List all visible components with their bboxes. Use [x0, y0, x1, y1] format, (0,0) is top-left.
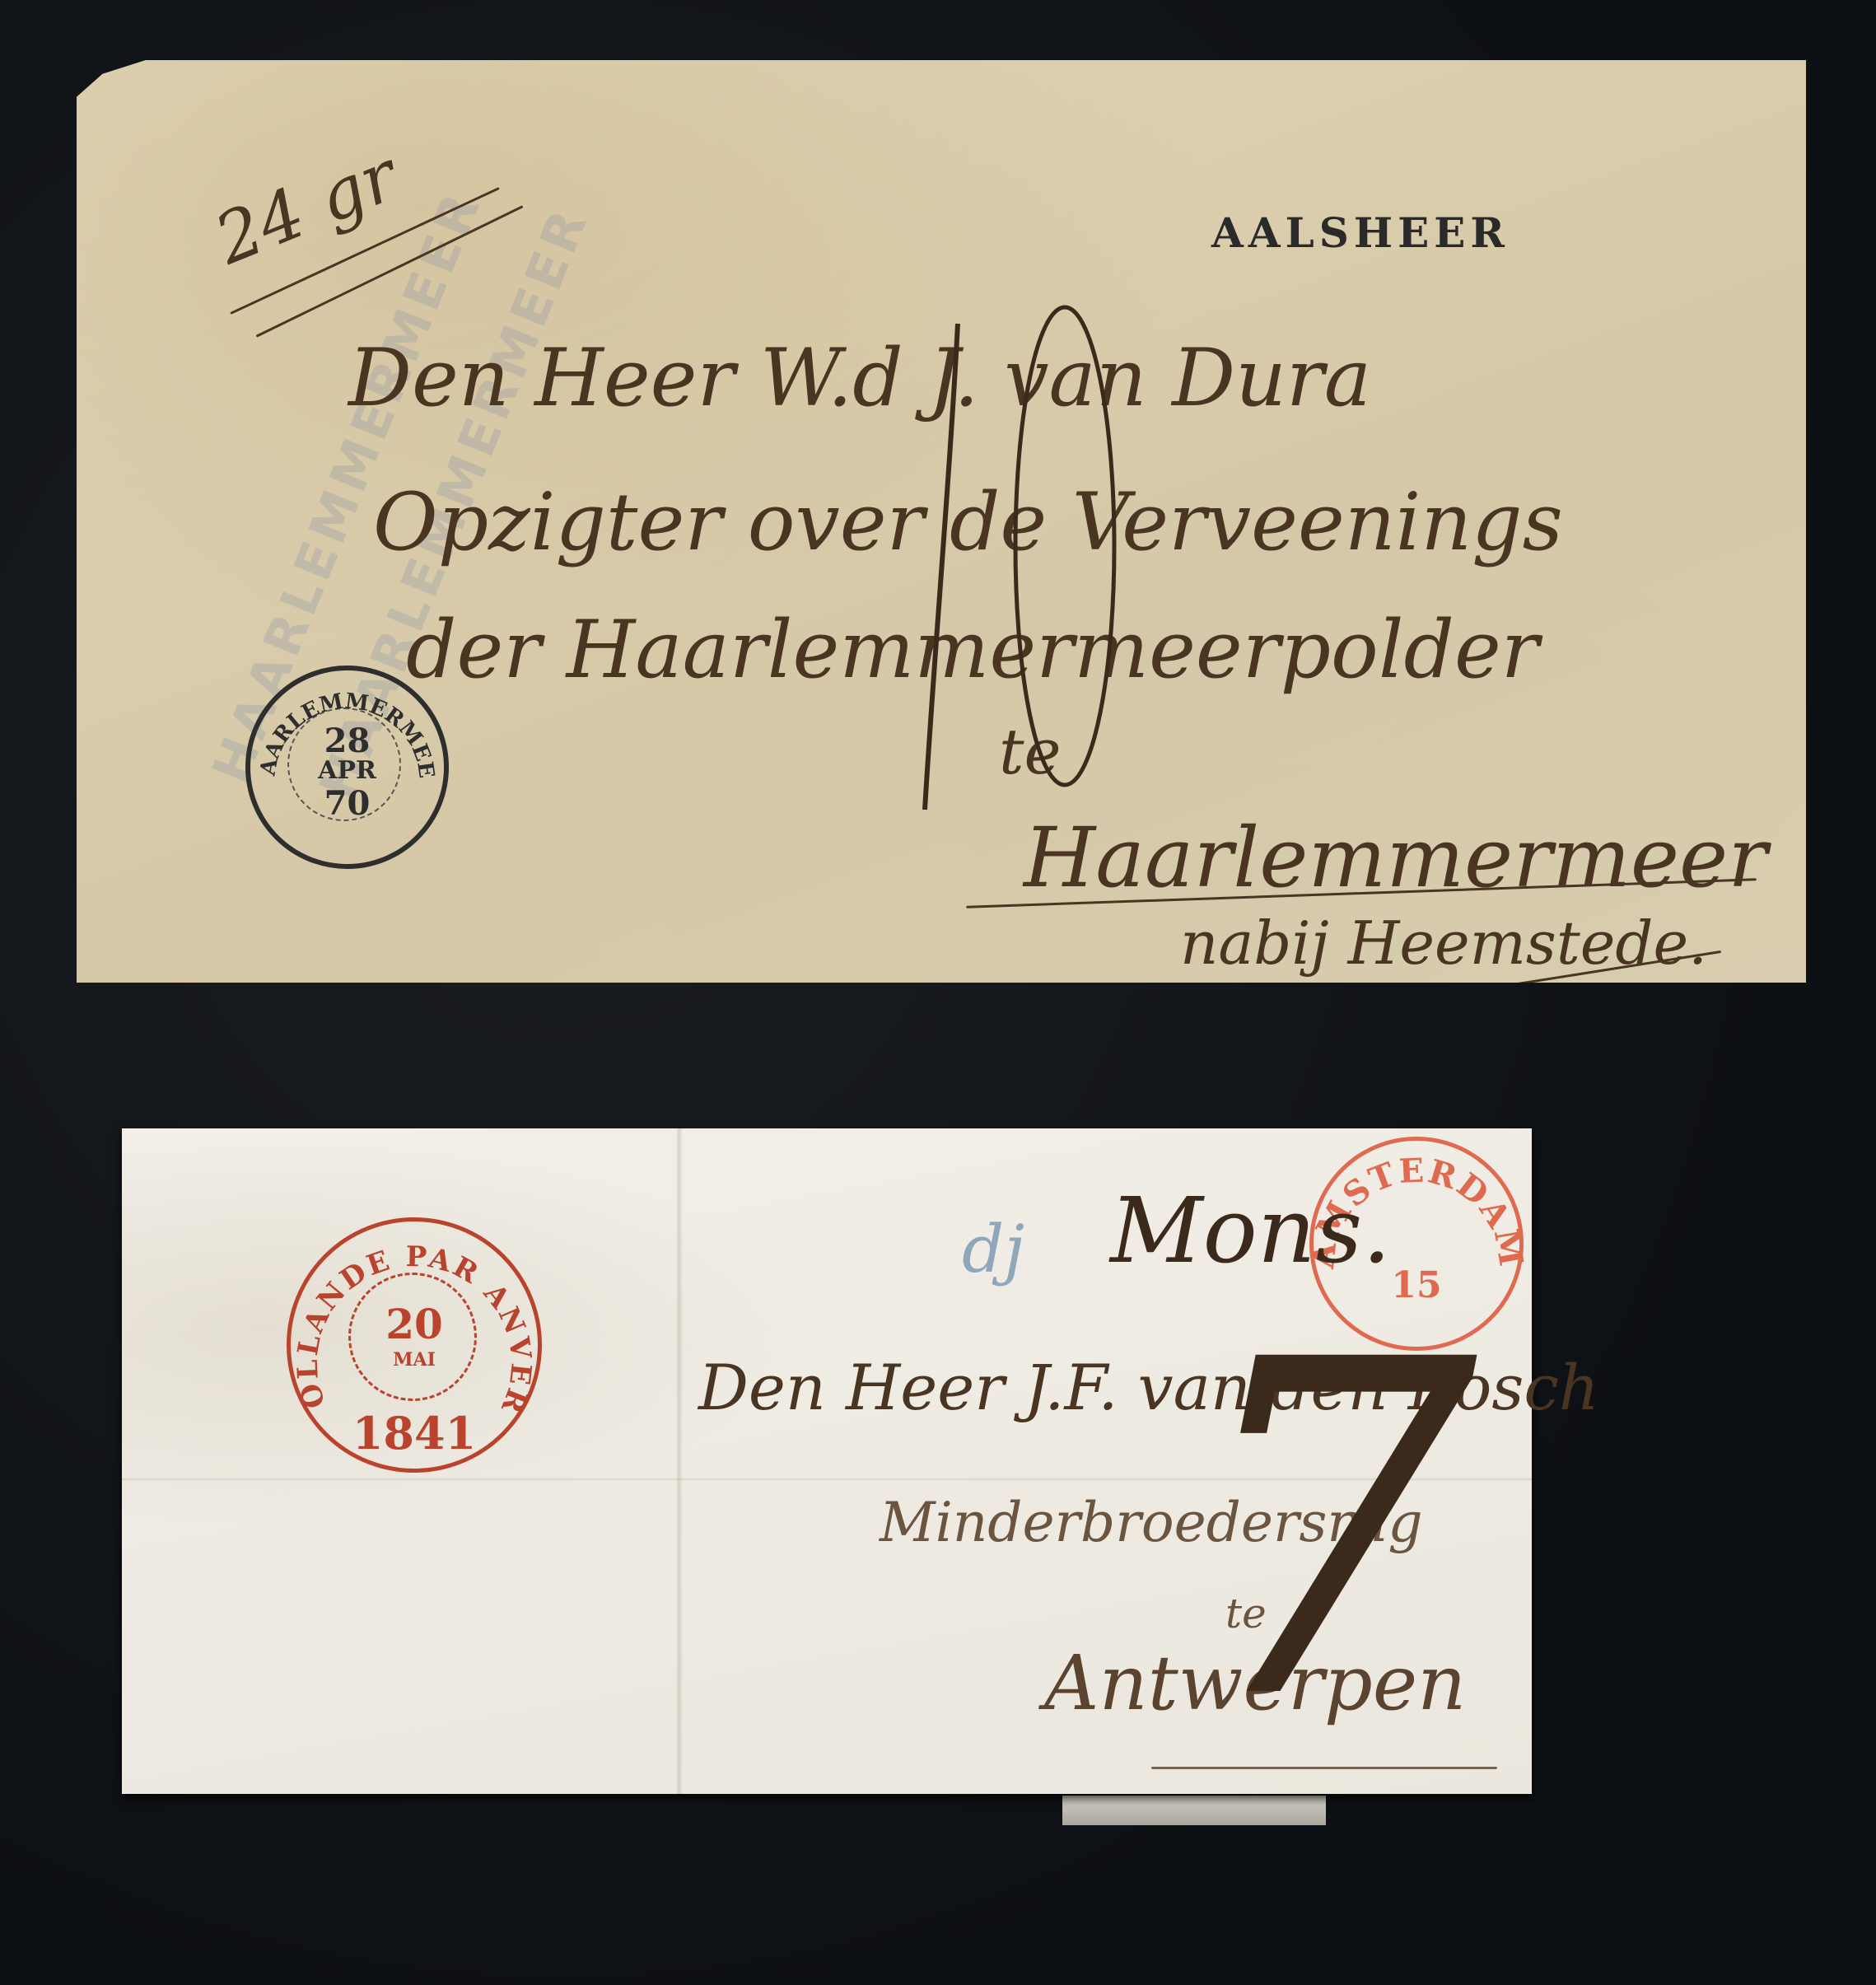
haarlemmermeer-datestamp: HAARLEMMERMEER 28 APR 70: [245, 666, 449, 869]
address-line-1: Den Heer W.d J. van Dura: [348, 332, 1371, 424]
lower-cover: HOLLANDE PAR ANVERS 20 MAI 1841 AMSTERDA…: [122, 1128, 1532, 1794]
hollande-par-anvers-datestamp: HOLLANDE PAR ANVERS 20 MAI 1841: [287, 1217, 542, 1473]
datestamp-day: 28: [250, 722, 444, 760]
datestamp-month: APR: [250, 756, 444, 785]
datestamp-year: 70: [250, 784, 444, 823]
straight-line-cancel: AALSHEER: [1211, 208, 1510, 257]
pencil-mark: dj: [962, 1211, 1024, 1287]
datestamp-day: 20: [291, 1300, 538, 1348]
upper-cover: HAARLEMMERMEER HAARLEMMERMEER 24 gr AALS…: [77, 60, 1806, 983]
postage-due-10-mark: [900, 274, 1172, 851]
datestamp-year: 1841: [291, 1407, 538, 1460]
postage-due-7-mark: 7: [1184, 1301, 1477, 1763]
manuscript-rate: 24 gr: [204, 135, 408, 280]
datestamp-month: MAI: [291, 1349, 538, 1371]
